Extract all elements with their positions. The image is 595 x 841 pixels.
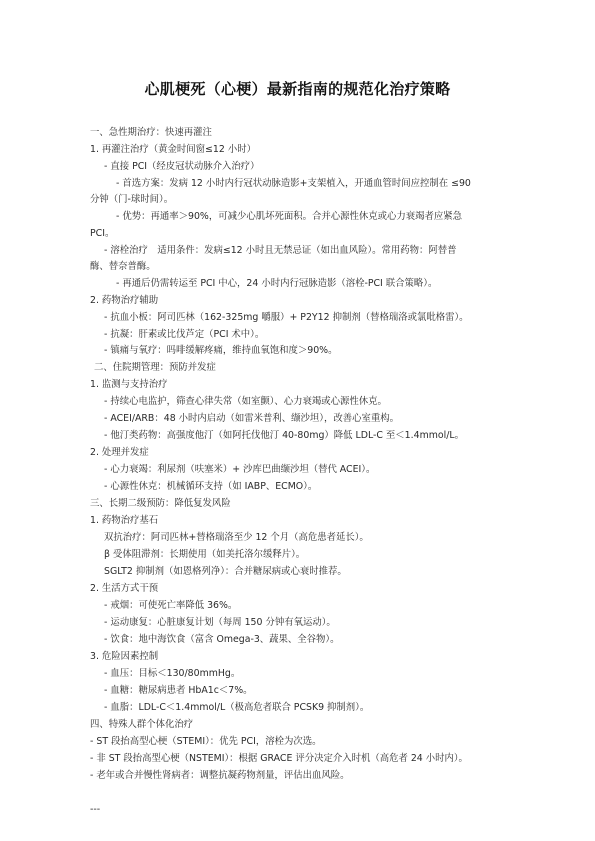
horizontal-rule-marker: --- <box>90 803 507 816</box>
document-line: - 抗凝：肝素或比伐芦定（PCI 术中）。 <box>104 328 507 341</box>
document-line: - 直接 PCI（经皮冠状动脉介入治疗） <box>104 160 507 173</box>
document-line: 二、住院期管理：预防并发症 <box>94 361 507 374</box>
document-line: 3. 危险因素控制 <box>90 650 507 663</box>
document-line: 2. 生活方式干预 <box>90 582 507 595</box>
document-line: PCI。 <box>90 227 507 240</box>
document-line: 四、特殊人群个体化治疗 <box>90 718 507 731</box>
document-line: - 镇痛与氧疗：吗啡缓解疼痛，维持血氧饱和度＞90%。 <box>104 344 507 357</box>
document-line: - ACEI/ARB：48 小时内启动（如雷米普利、缬沙坦），改善心室重构。 <box>104 412 507 425</box>
document-line: - ST 段抬高型心梗（STEMI）：优先 PCI，溶栓为次选。 <box>90 735 507 748</box>
document-page: 心肌梗死（心梗）最新指南的规范化治疗策略 一、急性期治疗：快速再灌注1. 再灌注… <box>0 0 595 841</box>
document-line: - 血糖：糖尿病患者 HbA1c＜7%。 <box>104 684 507 697</box>
document-line: SGLT2 抑制剂（如恩格列净）：合并糖尿病或心衰时推荐。 <box>104 565 507 578</box>
document-line: - 老年或合并慢性肾病者：调整抗凝药物剂量，评估出血风险。 <box>90 769 507 782</box>
document-line: - 戒烟：可使死亡率降低 36%。 <box>104 599 507 612</box>
document-line: - 运动康复：心脏康复计划（每周 150 分钟有氧运动）。 <box>104 616 507 629</box>
document-line: - 血压：目标＜130/80mmHg。 <box>104 667 507 680</box>
document-line: - 饮食：地中海饮食（富含 Omega-3、蔬果、全谷物）。 <box>104 633 507 646</box>
document-line: - 血脂：LDL-C＜1.4mmol/L（极高危者联合 PCSK9 抑制剂）。 <box>104 701 507 714</box>
document-line: 1. 监测与支持治疗 <box>90 378 507 391</box>
document-line: - 心力衰竭：利尿剂（呋塞米）+ 沙库巴曲缬沙坦（替代 ACEI）。 <box>104 463 507 476</box>
document-line: β 受体阻滞剂：长期使用（如美托洛尔缓释片）。 <box>104 548 507 561</box>
document-line: 一、急性期治疗：快速再灌注 <box>90 126 507 139</box>
document-line: 2. 药物治疗辅助 <box>90 294 507 307</box>
document-title: 心肌梗死（心梗）最新指南的规范化治疗策略 <box>0 78 595 99</box>
document-line: 2. 处理并发症 <box>90 446 507 459</box>
document-line: 酶、替奈普酶。 <box>90 260 507 273</box>
document-line: 1. 再灌注治疗（黄金时间窗≤12 小时） <box>90 143 507 156</box>
document-line: - 抗血小板：阿司匹林（162-325mg 嚼服）+ P2Y12 抑制剂（替格瑞… <box>104 311 507 324</box>
document-line: - 再通后仍需转运至 PCI 中心，24 小时内行冠脉造影（溶栓-PCI 联合策… <box>116 277 507 290</box>
document-line: - 非 ST 段抬高型心梗（NSTEMI）：根据 GRACE 评分决定介入时机（… <box>90 752 507 765</box>
document-line: - 持续心电监护，筛查心律失常（如室颤）、心力衰竭或心源性休克。 <box>104 395 507 408</box>
document-line: - 心源性休克：机械循环支持（如 IABP、ECMO）。 <box>104 480 507 493</box>
document-line: - 优势：再通率＞90%，可减少心肌坏死面积。合并心源性休克或心力衰竭者应紧急 <box>116 210 507 223</box>
document-line: - 溶栓治疗 适用条件：发病≤12 小时且无禁忌证（如出血风险）。常用药物：阿替… <box>104 244 507 257</box>
document-line: 双抗治疗：阿司匹林+替格瑞洛至少 12 个月（高危患者延长）。 <box>104 531 507 544</box>
document-line: - 首选方案：发病 12 小时内行冠状动脉造影+支架植入，开通血管时间应控制在 … <box>116 177 507 190</box>
document-line: 分钟（门-球时间）。 <box>90 193 507 206</box>
document-line: 三、长期二级预防：降低复发风险 <box>90 497 507 510</box>
document-line: - 他汀类药物：高强度他汀（如阿托伐他汀 40-80mg）降低 LDL-C 至＜… <box>104 429 507 442</box>
document-line: 1. 药物治疗基石 <box>90 514 507 527</box>
